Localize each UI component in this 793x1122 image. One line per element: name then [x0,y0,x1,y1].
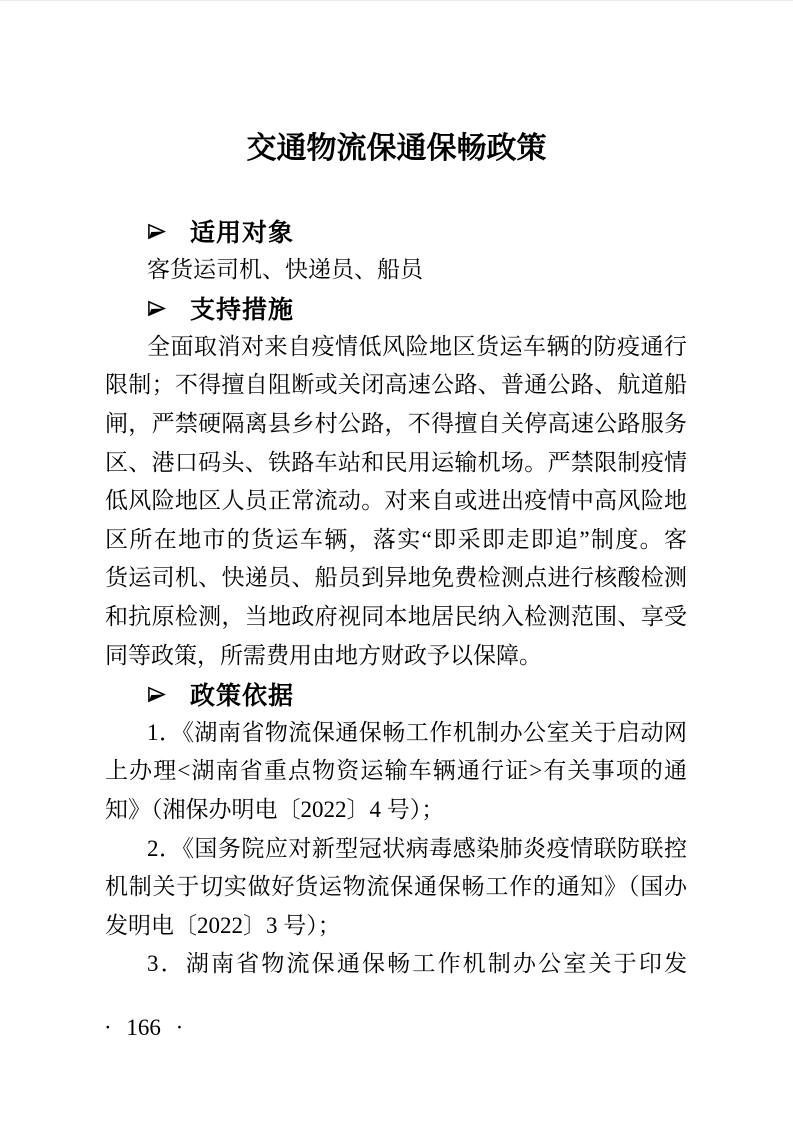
arrow-bullet-icon [147,685,166,704]
text-line: 区、港口码头、铁路车站和民用运输机场。严禁限制疫情 [105,444,687,483]
text-line: 机制关于切实做好货运物流保通保畅工作的通知》（国办 [105,868,687,907]
document-page: 交通物流保通保畅政策 适用对象客货运司机、快递员、船员支持措施全面取消对来自疫情… [0,0,793,1122]
arrow-bullet-icon [147,222,166,241]
section-heading-label: 适用对象 [190,213,294,249]
section-heading-label: 支持措施 [190,290,294,326]
text-line: 上办理<湖南省重点物资运输车辆通行证>有关事项的通 [105,752,687,791]
text-line: 客货运司机、快递员、船员 [105,251,687,290]
section-heading: 政策依据 [105,675,687,714]
section-heading-label: 政策依据 [190,676,294,712]
arrow-bullet-icon [147,299,166,318]
text-line: 发明电〔2022〕3 号）； [105,907,687,946]
text-line: 知》（湘保办明电〔2022〕4 号）； [105,791,687,830]
document-body: 适用对象客货运司机、快递员、船员支持措施全面取消对来自疫情低风险地区货运车辆的防… [105,212,687,984]
text-line: 限制；不得擅自阻断或关闭高速公路、普通公路、航道船 [105,366,687,405]
text-line: 货运司机、快递员、船员到异地免费检测点进行核酸检测 [105,559,687,598]
section-heading: 支持措施 [105,289,687,328]
text-line: 闸，严禁硬隔离县乡村公路，不得擅自关停高速公路服务 [105,405,687,444]
section-heading: 适用对象 [105,212,687,251]
text-line: 同等政策，所需费用由地方财政予以保障。 [105,637,687,676]
text-line: 全面取消对来自疫情低风险地区货运车辆的防疫通行 [105,328,687,367]
text-line: 1．《湖南省物流保通保畅工作机制办公室关于启动网 [105,714,687,753]
text-line: 和抗原检测，当地政府视同本地居民纳入检测范围、享受 [105,598,687,637]
page-title: 交通物流保通保畅政策 [0,129,793,169]
page-number: · 166 · [104,1009,183,1047]
text-line: 区所在地市的货运车辆，落实“即采即走即追”制度。客 [105,521,687,560]
text-line: 低风险地区人员正常流动。对来自或进出疫情中高风险地 [105,482,687,521]
text-line: 3．湖南省物流保通保畅工作机制办公室关于印发《湖 [105,945,687,984]
text-line: 2．《国务院应对新型冠状病毒感染肺炎疫情联防联控 [105,830,687,869]
